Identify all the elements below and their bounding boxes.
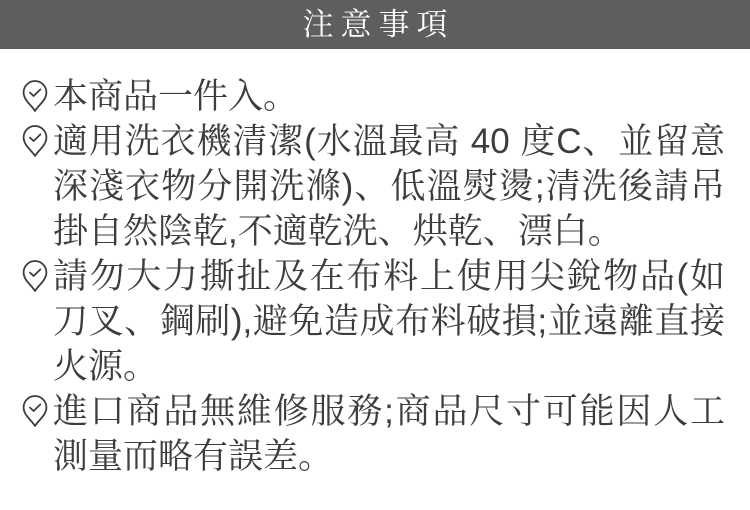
note-text: 本商品一件入。: [53, 74, 725, 119]
list-item: 適用洗衣機清潔(水溫最高 40 度C、並留意深淺衣物分開洗滌)、低溫熨燙;清洗後…: [22, 119, 725, 254]
note-text: 請勿大力撕扯及在布料上使用尖銳物品(如刀叉、鋼刷),避免造成布料破損;並遠離直接…: [53, 254, 725, 389]
list-item: 請勿大力撕扯及在布料上使用尖銳物品(如刀叉、鋼刷),避免造成布料破損;並遠離直接…: [22, 254, 725, 389]
pin-check-icon: [22, 80, 48, 113]
notes-list: 本商品一件入。 適用洗衣機清潔(水溫最高 40 度C、並留意深淺衣物分開洗滌)、…: [0, 49, 750, 479]
note-text: 適用洗衣機清潔(水溫最高 40 度C、並留意深淺衣物分開洗滌)、低溫熨燙;清洗後…: [53, 119, 725, 254]
pin-check-icon: [22, 395, 48, 428]
list-item: 本商品一件入。: [22, 74, 725, 119]
note-text: 進口商品無維修服務;商品尺寸可能因人工測量而略有誤差。: [53, 389, 725, 479]
list-item: 進口商品無維修服務;商品尺寸可能因人工測量而略有誤差。: [22, 389, 725, 479]
pin-check-icon: [22, 125, 48, 158]
pin-check-icon: [22, 260, 48, 293]
notice-header: 注意事項: [0, 0, 750, 49]
notice-header-title: 注意事項: [296, 0, 455, 49]
product-notice-page: 注意事項 本商品一件入。 適用洗衣機清潔(水溫最高 40 度C、並留意深淺衣物分…: [0, 0, 750, 510]
